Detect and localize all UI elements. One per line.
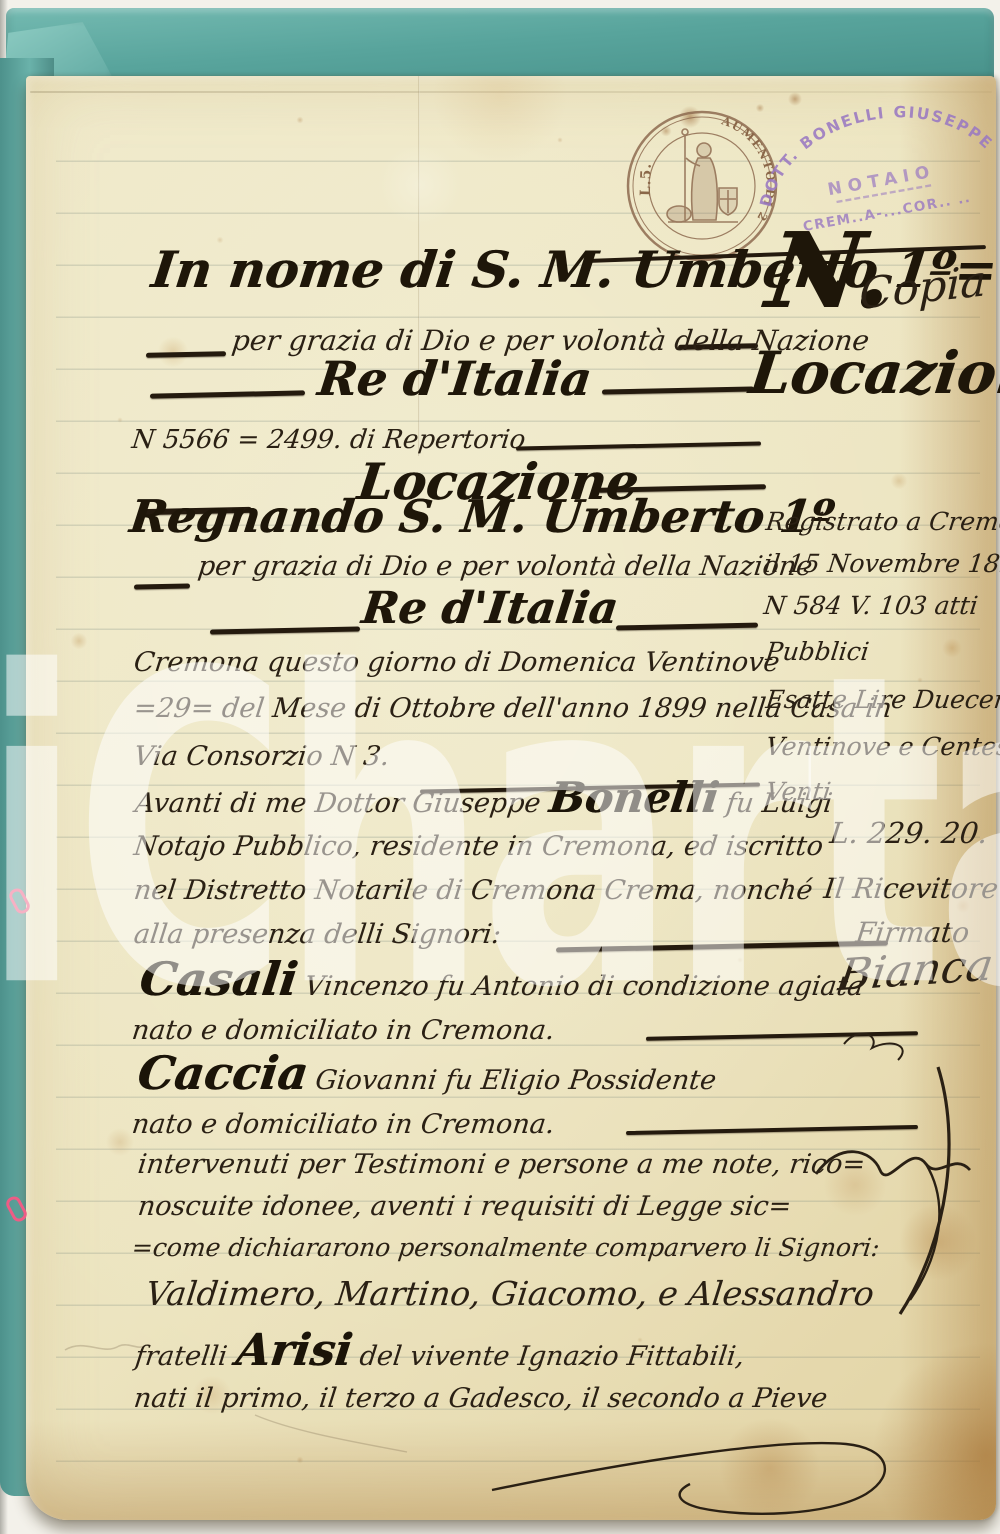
body-line: alla presenza delli Signori: — [132, 922, 502, 948]
seal-denomination: L.5. — [638, 162, 655, 196]
body-line: Notajo Pubblico, residente in Cremona, e… — [132, 834, 824, 860]
body-line: =come dichiararono personalmente comparv… — [131, 1236, 881, 1260]
party-surname: Casali — [137, 952, 301, 1006]
body-line-brothers: Valdimero, Martino, Giacomo, e Alessandr… — [144, 1278, 876, 1309]
body-line: Cremona questo giorno di Domenica Ventin… — [132, 650, 781, 676]
copy-word: Copia — [859, 262, 986, 316]
registration-amount: L. 229. 20. — [828, 820, 989, 848]
lion-figure — [667, 206, 691, 222]
body-line-notary: Avanti di me Dottor Giuseppe Bonelli fu … — [134, 778, 836, 818]
registration-line: Il Ricevitore — [822, 876, 999, 903]
italia-allegory-figure — [667, 129, 738, 222]
notary-surname: Bonelli — [547, 773, 722, 822]
scanned-notarial-deed: L.5. AUMENTO DI 2/10 DOTT. BONELLI GIUSE… — [0, 0, 1000, 1534]
registration-line: N 584 V. 103 atti — [763, 594, 980, 618]
body-text: Giovanni fu Eligio Possidente — [305, 1065, 718, 1096]
under-sheet-edge — [30, 91, 992, 93]
body-text: Avanti di me Dottor Giuseppe — [133, 788, 551, 819]
body-line: intervenuti per Testimoni e persone a me… — [136, 1152, 866, 1178]
line-repertory: N 5566 = 2499. di Repertorio — [130, 428, 526, 453]
body-text: fu Luigi — [716, 788, 834, 819]
body-line: =29= del Mese di Ottobre dell'anno 1899 … — [132, 696, 893, 722]
body-line: nato e domiciliato in Cremona. — [130, 1018, 556, 1044]
registration-line: Registrato a Cremona — [765, 510, 1000, 534]
doc-type-right: Locazione — [747, 346, 1000, 401]
signature-flourish-right — [788, 1012, 1000, 1322]
family-surname: Arisi — [233, 1325, 355, 1376]
body-line: nel Distretto Notarile di Cremona Crema,… — [132, 878, 814, 904]
body-text: fratelli — [133, 1341, 237, 1372]
body-line-party-1: Casali Vincenzo fu Antonio di condizione… — [137, 958, 867, 1002]
body-text: del vivente Ignazio Fittabili, — [349, 1341, 746, 1372]
party-surname: Caccia — [135, 1046, 311, 1100]
body-line: nati il primo, il terzo a Gadesco, il se… — [132, 1386, 828, 1412]
body-line-family: fratelli Arisi del vivente Ignazio Fitta… — [133, 1330, 747, 1372]
line-king-2: Re d'Italia — [359, 588, 620, 630]
body-line: noscuite idonee, aventi i requisiti di L… — [136, 1194, 792, 1220]
line-king-1: Re d'Italia — [315, 358, 593, 403]
body-line-party-2: Caccia Giovanni fu Eligio Possidente — [135, 1052, 719, 1096]
body-line: Via Consorzio N 3. — [132, 744, 390, 770]
registration-line: Ventinove e Centesimi — [765, 735, 1000, 759]
line-reigning: Regnando S. M. Umberto 1º — [127, 496, 836, 539]
body-line: nato e domiciliato in Cremona. — [130, 1112, 556, 1138]
body-text: Vincenzo fu Antonio di condizione agiata — [294, 971, 865, 1002]
signature-flourish-bottom — [478, 1420, 908, 1530]
registration-line: il 15 Novembre 1899 al — [763, 552, 1000, 576]
line-grace-2: per grazia di Dio e per volontà della Na… — [196, 554, 813, 580]
